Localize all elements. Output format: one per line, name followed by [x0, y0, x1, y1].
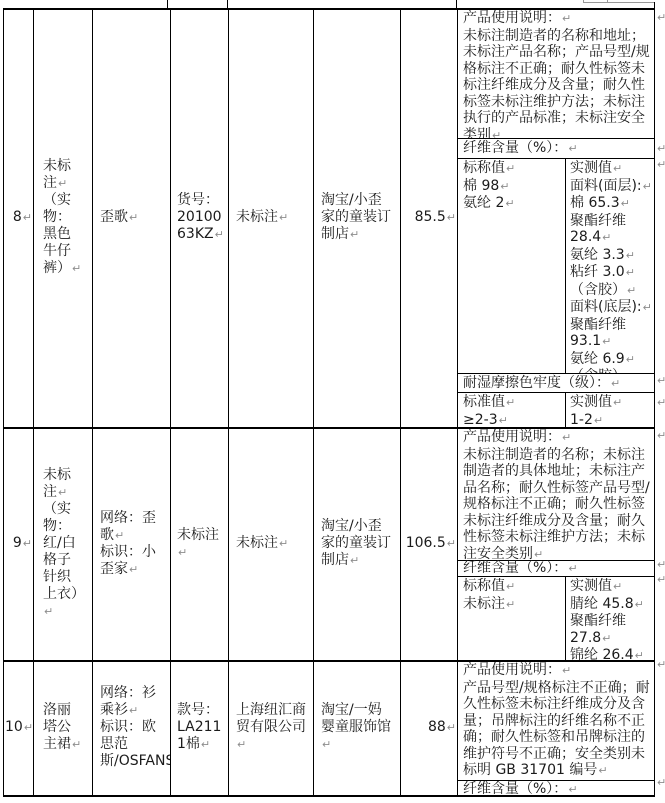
row-end-mark: ↵	[657, 156, 665, 173]
row-end-mark: ↵	[657, 774, 665, 791]
paragraph-mark: ↵	[279, 211, 288, 224]
price: 85.5	[415, 209, 446, 225]
paragraph-mark: ↵	[279, 537, 288, 550]
paragraph-mark: ↵	[23, 211, 32, 224]
top-border-fragment	[167, 0, 168, 8]
paragraph-mark: ↵	[568, 142, 577, 155]
paragraph-mark: ↵	[215, 228, 224, 241]
fiber-title: 纤维含量（%）：	[463, 781, 567, 797]
paragraph-mark: ↵	[621, 197, 630, 210]
paragraph-mark: ↵	[568, 562, 577, 575]
cell-manufacturer: 未标注↵	[228, 8, 313, 427]
rub-title: 耐湿摩擦色牢度（级）：	[463, 375, 610, 391]
paragraph-mark: ↵	[178, 546, 187, 559]
measured-value: 聚酯纤维 27.8	[570, 613, 626, 646]
top-border-fragment	[583, 2, 655, 3]
measured-value: 氨纶 6.9	[570, 351, 625, 367]
usage-instructions: 产品使用说明：↵ 产品号型/规格标注不正确；耐久性标签未标注纤维成分及含量；吊牌…	[457, 660, 655, 780]
measured-value: 实测值	[570, 578, 612, 594]
paragraph-mark: ↵	[201, 738, 210, 751]
fiber-nominal-values: 标称值↵ 棉 98↵ 氨纶 2↵	[457, 158, 565, 373]
paragraph-mark: ↵	[602, 632, 611, 645]
fiber-nominal-values: 标称值↵ 未标注↵	[457, 576, 565, 660]
paragraph-mark: ↵	[23, 537, 32, 550]
paragraph-mark: ↵	[322, 738, 331, 751]
cell-price: 106.5↵	[400, 427, 457, 660]
paragraph-mark: ↵	[115, 529, 124, 542]
row-number: 9	[13, 535, 22, 551]
model-number: 货号：	[177, 192, 219, 208]
measured-value: 锦纶 26.4	[570, 647, 634, 660]
measured-value: （含胶）	[570, 282, 626, 298]
measured-value: 面料(底层):	[570, 299, 642, 315]
nominal-value: 棉 98	[463, 178, 499, 194]
usage-body: 未标注制造者的名称；未标注制造者的具体地址；未标注产品名称；耐久性标签产品号型/…	[463, 447, 650, 561]
paragraph-mark: ↵	[447, 537, 456, 550]
paragraph-mark: ↵	[500, 180, 509, 193]
brand: 网络：衫乘衫	[100, 685, 156, 718]
measured-value: 棉 65.3	[570, 195, 620, 211]
usage-title: 产品使用说明：	[463, 429, 561, 445]
model-number: 未标注	[177, 527, 219, 543]
paragraph-mark: ↵	[58, 486, 67, 499]
paragraph-mark: ↵	[58, 177, 67, 190]
paragraph-mark: ↵	[72, 262, 81, 275]
paragraph-mark: ↵	[613, 580, 622, 593]
usage-title: 产品使用说明：	[463, 10, 561, 26]
measured-value: 腈纶 45.8	[570, 596, 634, 612]
paragraph-mark: ↵	[626, 249, 635, 262]
paragraph-mark: ↵	[568, 783, 577, 796]
fiber-title: 纤维含量（%）：	[463, 560, 567, 576]
paragraph-mark: ↵	[129, 211, 138, 224]
cell-shop: 淘宝/一妈婴童服饰馆↵	[313, 660, 400, 795]
cell-brand: 歪歌↵	[92, 8, 170, 427]
paragraph-mark: ↵	[447, 721, 456, 734]
usage-instructions: 产品使用说明：↵ 未标注制造者的名称；未标注制造者的具体地址；未标注产品名称；耐…	[457, 427, 655, 560]
cell-product-name: 未标注↵ （实物：黑色牛仔裤）↵	[33, 8, 92, 427]
nominal-value: 标称值	[463, 160, 505, 176]
paragraph-mark: ↵	[237, 738, 246, 751]
paragraph-mark: ↵	[44, 605, 53, 618]
paragraph-mark: ↵	[506, 598, 515, 611]
row-number: 8	[13, 209, 22, 225]
model-number: 款号：	[177, 702, 219, 718]
top-border-fragment	[227, 0, 228, 8]
fiber-content-header: 纤维含量（%）：↵	[457, 560, 655, 576]
usage-body: 未标注制造者的名称和地址；未标注产品名称；产品号型/规格标注不正确；耐久性标签未…	[463, 28, 650, 139]
paragraph-mark: ↵	[611, 377, 620, 390]
paragraph-mark: ↵	[350, 228, 359, 241]
paragraph-mark: ↵	[602, 231, 611, 244]
row-end-mark: ↵	[657, 394, 665, 411]
nominal-value: 氨纶 2	[463, 195, 504, 211]
brand: 标识：欧思范斯/OSFANS	[100, 719, 170, 769]
row-end-mark: ↵	[657, 140, 665, 157]
brand: 网络：歪歌	[100, 510, 156, 543]
paragraph-mark: ↵	[24, 721, 33, 734]
measured-value: 聚酯纤维 93.1	[570, 317, 626, 350]
fiber-title: 纤维含量（%）：	[463, 140, 567, 156]
rub-measured-values: 实测值↵ 1-2↵	[565, 392, 655, 427]
usage-instructions: 产品使用说明：↵ 未标注制造者的名称和地址；未标注产品名称；产品号型/规格标注不…	[457, 8, 655, 138]
row-end-mark: ↵	[657, 427, 665, 444]
shop: 淘宝/一妈婴童服饰馆	[321, 702, 391, 735]
cell-row-number: 8↵	[3, 8, 33, 427]
cell-shop: 淘宝/小歪家的童装订制店↵	[313, 427, 400, 660]
usage-title: 产品使用说明：	[463, 662, 561, 678]
paragraph-mark: ↵	[613, 162, 622, 175]
paragraph-mark: ↵	[626, 353, 635, 366]
cell-price: 85.5↵	[400, 8, 457, 427]
cell-shop: 淘宝/小歪家的童装订制店↵	[313, 8, 400, 427]
paragraph-mark: ↵	[635, 649, 644, 660]
paragraph-mark: ↵	[627, 284, 636, 297]
measured-value: 1-2	[570, 412, 593, 428]
cell-brand: 网络：歪歌↵ 标识：小歪家↵	[92, 427, 170, 660]
paragraph-mark: ↵	[626, 266, 635, 279]
manufacturer: 未标注	[236, 209, 278, 225]
standard-value: ≥2-3	[463, 412, 498, 428]
row-end-mark: ↵	[657, 656, 665, 673]
paragraph-mark: ↵	[562, 12, 571, 25]
paragraph-mark: ↵	[447, 211, 456, 224]
paragraph-mark: ↵	[643, 301, 652, 314]
top-border-fragment	[607, 0, 608, 3]
paragraph-mark: ↵	[534, 548, 543, 561]
measured-value: 聚酯纤维 28.4	[570, 213, 626, 246]
measured-value: 实测值	[570, 394, 612, 410]
paragraph-mark: ↵	[613, 396, 622, 409]
price: 88	[428, 719, 446, 735]
paragraph-mark: ↵	[506, 396, 515, 409]
product-name: （实物：红/白格子针织上衣）	[43, 501, 85, 602]
price: 106.5	[406, 535, 446, 551]
measured-value: 面料(面层):	[570, 178, 642, 194]
nominal-value: 标称值	[463, 578, 505, 594]
measured-value: 粘纤 3.0	[570, 264, 625, 280]
fiber-measured-values: 实测值↵ 面料(面层):↵ 棉 65.3↵ 聚酯纤维 28.4↵ 氨纶 3.3↵…	[565, 158, 655, 373]
cell-product-name: 未标注↵ （实物：红/白格子针织上衣）↵	[33, 427, 92, 660]
paragraph-mark: ↵	[643, 180, 652, 193]
cell-model: 未标注↵	[170, 427, 228, 660]
paragraph-mark: ↵	[602, 335, 611, 348]
paragraph-mark: ↵	[598, 764, 607, 777]
manufacturer: 未标注	[236, 535, 278, 551]
rub-fastness-header: 耐湿摩擦色牢度（级）：↵	[457, 373, 655, 392]
cell-manufacturer: 未标注↵	[228, 427, 313, 660]
row-end-mark: ↵	[657, 372, 665, 389]
product-name: 洛丽塔公主裙	[43, 702, 71, 752]
fiber-measured-values: 实测值↵ 腈纶 45.8↵ 聚酯纤维 27.8↵ 锦纶 26.4↵	[565, 576, 655, 660]
inspection-table: 8↵ 未标注↵ （实物：黑色牛仔裤）↵ 歪歌↵ 货号： 2010063KZ↵ 未…	[3, 8, 655, 797]
top-border-fragment	[456, 0, 457, 8]
paragraph-mark: ↵	[72, 738, 81, 751]
paragraph-mark: ↵	[505, 197, 514, 210]
manufacturer: 上海纽汇商贸有限公司	[236, 702, 306, 735]
measured-value: 实测值	[570, 160, 612, 176]
paragraph-mark: ↵	[506, 580, 515, 593]
model-number: LA2111棉	[177, 719, 221, 752]
standard-value: 标准值	[463, 394, 505, 410]
cell-price: 88↵	[400, 660, 457, 795]
cell-model: 款号： LA2111棉↵	[170, 660, 228, 795]
cell-row-number: 10↵	[3, 660, 33, 795]
brand: 标识：小歪家	[100, 544, 156, 577]
nominal-value: 未标注	[463, 596, 505, 612]
paragraph-mark: ↵	[492, 129, 501, 139]
measured-value: 氨纶 3.3	[570, 247, 625, 263]
paragraph-mark: ↵	[635, 598, 644, 611]
brand: 歪歌	[100, 209, 128, 225]
paragraph-mark: ↵	[129, 704, 138, 717]
paragraph-mark: ↵	[499, 414, 508, 427]
cell-brand: 网络：衫乘衫↵ 标识：欧思范斯/OSFANS↵	[92, 660, 170, 795]
paragraph-mark: ↵	[350, 554, 359, 567]
row-end-mark: ↵	[657, 9, 665, 26]
paragraph-mark: ↵	[129, 563, 138, 576]
cell-manufacturer: 上海纽汇商贸有限公司↵	[228, 660, 313, 795]
row-number: 10	[5, 719, 23, 735]
fiber-content-header: 纤维含量（%）：↵	[457, 138, 655, 158]
usage-body: 产品号型/规格标注不正确；耐久性标签未标注纤维成分及含量；吊牌标注的纤维名称不正…	[463, 680, 650, 779]
paragraph-mark: ↵	[506, 162, 515, 175]
rub-standard-values: 标准值↵ ≥2-3↵	[457, 392, 565, 427]
fiber-content-header: 纤维含量（%）：↵	[457, 780, 655, 797]
top-border-fragment	[583, 0, 584, 3]
row-end-mark: ↵	[657, 571, 665, 588]
document-page: ↵ ↵ ↵ ↵ ↵ ↵ ↵ ↵ ↵ ↵ 8↵	[0, 0, 665, 803]
cell-row-number: 9↵	[3, 427, 33, 660]
cell-model: 货号： 2010063KZ↵	[170, 8, 228, 427]
paragraph-mark: ↵	[562, 664, 571, 677]
cell-product-name: 洛丽塔公主裙↵	[33, 660, 92, 795]
product-name: （实物：黑色牛仔裤）	[43, 192, 71, 276]
paragraph-mark: ↵	[594, 414, 603, 427]
paragraph-mark: ↵	[562, 431, 571, 444]
